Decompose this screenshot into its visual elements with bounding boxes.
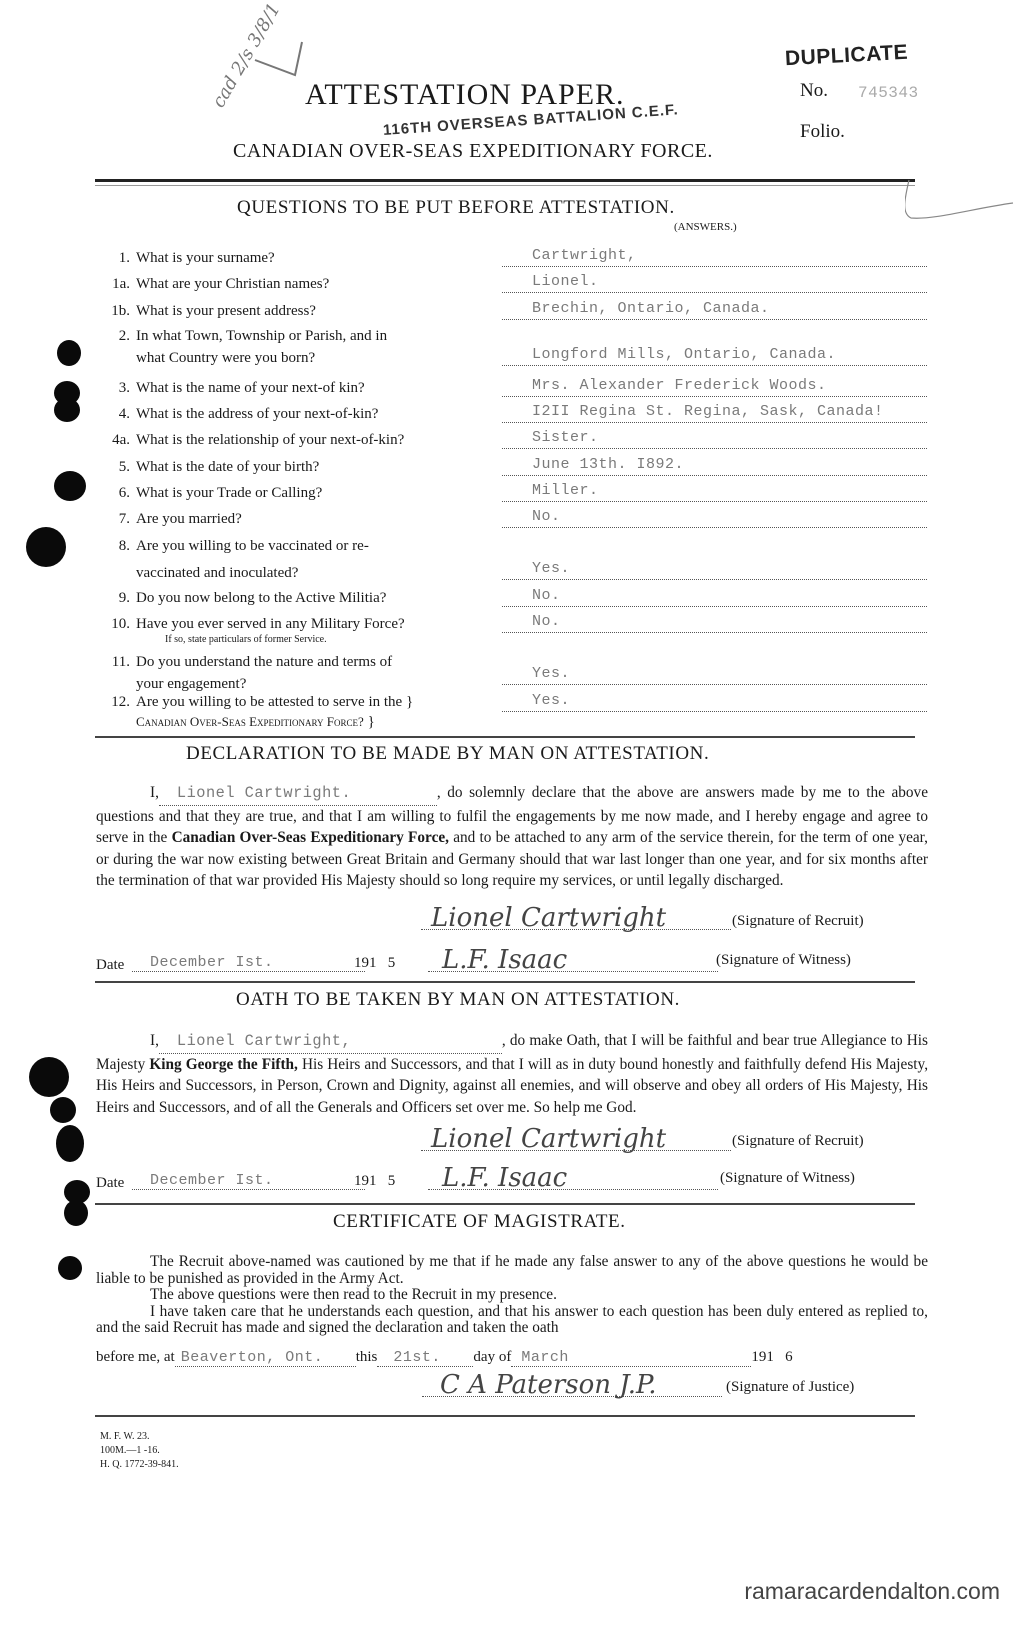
justice-signature: C A Paterson J.P.: [440, 1370, 656, 1400]
certificate-divider: [95, 1415, 915, 1417]
answer-date-of-birth: June 13th. I892.: [502, 455, 927, 476]
answer-trade: Miller.: [502, 481, 927, 502]
oath-date: December Ist.: [132, 1172, 365, 1190]
oath-witness-signature-label: (Signature of Witness): [720, 1170, 855, 1187]
oath-year: 191 5: [354, 1173, 395, 1190]
punch-hole-6: [29, 1057, 69, 1097]
question-6: 6.What is your Trade or Calling?: [100, 482, 500, 504]
punch-hole-3: [54, 398, 80, 422]
oath-recruit-signature: Lionel Cartwright: [431, 1124, 666, 1154]
punch-hole-11: [58, 1256, 82, 1280]
header-divider: [95, 179, 915, 182]
question-2: 2.In what Town, Township or Parish, and …: [100, 325, 500, 369]
check-mark-icon: [250, 40, 310, 90]
header-divider-secondary: [95, 185, 915, 186]
oath-divider: [95, 1203, 915, 1205]
declaration-recruit-signature-line: Lionel Cartwright: [421, 903, 731, 930]
punch-hole-5: [26, 527, 66, 567]
questions-section-title: QUESTIONS TO BE PUT BEFORE ATTESTATION.: [237, 197, 675, 219]
witness-signature: L.F. Isaac: [442, 945, 567, 975]
punch-hole-1: [57, 340, 81, 366]
answer-willing-to-serve: Yes.: [502, 691, 927, 712]
question-4: 4.What is the address of your next-of-ki…: [100, 403, 500, 425]
site-watermark: ramaracardendalton.com: [744, 1578, 1000, 1605]
oath-recruit-signature-label: (Signature of Recruit): [732, 1133, 864, 1150]
question-12: 12.Are you willing to be attested to ser…: [100, 692, 500, 732]
duplicate-stamp: DUPLICATE: [784, 41, 908, 71]
certificate-place: Beaverton, Ont.: [175, 1349, 356, 1367]
certificate-year-suffix: 6: [785, 1349, 793, 1365]
answer-next-of-kin-relationship: Sister.: [502, 428, 927, 449]
document-subtitle: CANADIAN OVER-SEAS EXPEDITIONARY FORCE.: [233, 140, 713, 163]
certificate-month: March: [511, 1349, 751, 1367]
punch-hole-4: [54, 471, 86, 501]
certificate-section-title: CERTIFICATE OF MAGISTRATE.: [333, 1211, 626, 1233]
answer-active-militia: No.: [502, 586, 927, 607]
justice-signature-label: (Signature of Justice): [726, 1379, 854, 1396]
question-9: 9.Do you now belong to the Active Militi…: [100, 587, 500, 609]
punch-hole-10: [64, 1200, 88, 1226]
question-1a: 1a.What are your Christian names?: [100, 273, 500, 295]
recruit-signature: Lionel Cartwright: [431, 903, 666, 933]
answer-vaccinated: Yes.: [502, 559, 927, 580]
document-title: ATTESTATION PAPER.: [305, 78, 625, 112]
answer-understand-terms: Yes.: [502, 664, 927, 685]
question-1: 1.What is your surname?: [100, 247, 500, 269]
oath-recruit-signature-line: Lionel Cartwright: [421, 1124, 731, 1151]
certificate-day: 21st.: [377, 1349, 473, 1367]
recruit-signature-label: (Signature of Recruit): [732, 913, 864, 930]
certificate-place-line: before me, atBeaverton, Ont.this21st.day…: [96, 1349, 793, 1367]
oath-name: Lionel Cartwright,: [159, 1031, 502, 1054]
answer-next-of-kin-address: I2II Regina St. Regina, Sask, Canada!: [502, 402, 927, 423]
question-4a: 4a.What is the relationship of your next…: [100, 429, 510, 451]
witness-signature-label: (Signature of Witness): [716, 952, 851, 969]
form-code: M. F. W. 23. 100M.—1 -16. H. Q. 1772-39-…: [100, 1430, 179, 1472]
declaration-year: 191 5: [354, 955, 395, 972]
oath-witness-signature-line: L.F. Isaac: [428, 1163, 718, 1190]
answer-military-service: No.: [502, 612, 927, 633]
oath-date-label: Date: [96, 1175, 124, 1192]
question-11: 11.Do you understand the nature and term…: [100, 651, 500, 695]
declaration-date-label: Date: [96, 957, 124, 974]
declaration-name: Lionel Cartwright.: [159, 783, 437, 806]
question-10-note: If so, state particulars of former Servi…: [165, 634, 327, 645]
oath-section-title: OATH TO BE TAKEN BY MAN ON ATTESTATION.: [236, 989, 680, 1011]
declaration-witness-signature-line: L.F. Isaac: [428, 945, 718, 972]
question-3: 3.What is the name of your next-of kin?: [100, 377, 500, 399]
folio-label: Folio.: [800, 121, 845, 143]
question-5: 5.What is the date of your birth?: [100, 456, 500, 478]
answer-married: No.: [502, 507, 927, 528]
question-8: 8.Are you willing to be vaccinated or re…: [100, 533, 500, 587]
questions-divider: [95, 736, 915, 738]
answers-column-label: (ANSWERS.): [674, 221, 737, 233]
certificate-text: The Recruit above-named was cautioned by…: [96, 1254, 928, 1337]
answer-christian-names: Lionel.: [502, 272, 927, 293]
question-7: 7.Are you married?: [100, 508, 500, 530]
question-10: 10.Have you ever served in any Military …: [100, 613, 500, 635]
answer-next-of-kin-name: Mrs. Alexander Frederick Woods.: [502, 376, 927, 397]
punch-hole-8: [56, 1125, 84, 1162]
oath-text: I,Lionel Cartwright,, do make Oath, that…: [96, 1030, 928, 1118]
justice-signature-line: C A Paterson J.P.: [422, 1370, 722, 1397]
number-label: No.: [800, 80, 828, 102]
answer-surname: Cartwright,: [502, 246, 927, 267]
declaration-date: December Ist.: [132, 954, 365, 972]
oath-witness-signature: L.F. Isaac: [442, 1163, 567, 1193]
regimental-number: 745343: [858, 84, 919, 102]
declaration-text: I,Lionel Cartwright., do solemnly declar…: [96, 782, 928, 892]
declaration-divider: [95, 981, 915, 983]
answer-birthplace: Longford Mills, Ontario, Canada.: [502, 345, 927, 366]
margin-curve-mark: [905, 178, 1015, 238]
punch-hole-7: [50, 1097, 76, 1123]
declaration-section-title: DECLARATION TO BE MADE BY MAN ON ATTESTA…: [186, 743, 709, 765]
question-1b: 1b.What is your present address?: [100, 300, 500, 322]
answer-present-address: Brechin, Ontario, Canada.: [502, 299, 927, 320]
